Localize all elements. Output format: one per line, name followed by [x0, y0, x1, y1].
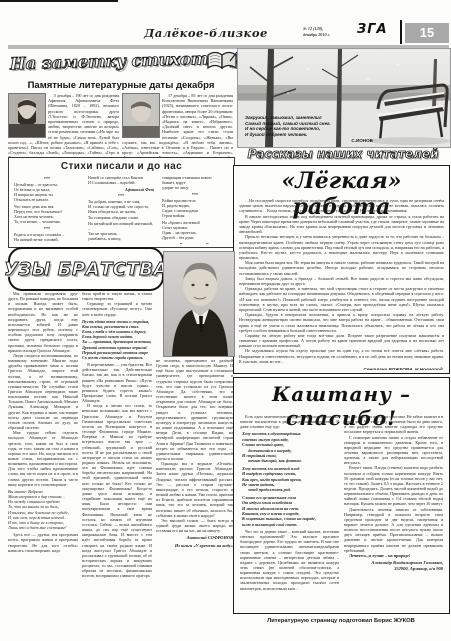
stanza: Родись я в кущах соловьём – На шаткой ве… [14, 232, 80, 242]
paragraph: Что это за дерево такое – конский каштан… [240, 529, 339, 591]
stanza: Война просвистела И, рядом видна, Сидят … [162, 198, 228, 218]
poem-signature: Константин Ваншенкин [162, 242, 228, 244]
stanza: Что такое день иль век Перед тем, что бе… [14, 204, 80, 224]
uzy-title: УЗЫ БРАТСТВА [4, 259, 168, 280]
separator: *** [88, 193, 154, 198]
stanza: Целый мир – от красоты, От велика и до м… [14, 182, 80, 202]
newspaper-page: Далёкое-близкое № 12 (128), декабрь 2010… [0, 0, 451, 641]
paragraph: не человека, приехавшего из далёкой Груз… [156, 358, 233, 461]
paragraph: Мне трудно сейчас отделить молодого Абаш… [8, 430, 78, 487]
separator: *** [14, 176, 80, 181]
article-signature: Светлана РОЖКОВА, Н.Новгород. [239, 367, 444, 371]
chestnut-column-right: тан для лечения проблем с ногами. Не заб… [344, 414, 443, 609]
paragraph: Однажды мы в журнале «Огонёк» напечатали… [156, 461, 233, 518]
paragraph: Мы привыкли поздравлять друг друга. По р… [8, 291, 78, 353]
verse-block: Пусть едина твоя жизнь и стройка, Как се… [82, 319, 152, 360]
vanshenkin-portrait-photo [122, 93, 160, 138]
abashidze-portrait-photo [163, 251, 235, 357]
paragraph: И когда я читаю его стихи, то невольно в… [82, 403, 152, 578]
paragraph: Однажды, будучи в интересном положении, … [239, 312, 444, 333]
paragraph: тан для лечения проблем с ногами. Не заб… [344, 414, 443, 435]
paragraph: Прошло несколько месяцев, и у меня появи… [239, 234, 444, 260]
article-signature: Александр Владимирович Головкин, 352900,… [344, 560, 443, 571]
easy-work-body: …На последней скорости пронёсся подъёмны… [239, 198, 444, 370]
stories-band-title: Рассказы наших читателей [237, 147, 449, 161]
paragraph: Рецепт таков. Плоды (семена) каштана над… [344, 465, 443, 506]
fet-portrait-photo [8, 93, 46, 138]
issue-date: декабрь 2010 г. [303, 32, 357, 38]
photo-caption: Закружил, завьюжил, заметелил Самый перв… [245, 115, 373, 144]
note-subtitle: Памятные литературные даты декабря [8, 80, 234, 91]
poem-signature: Афанасий Фет [88, 187, 154, 192]
paragraph: Это высокий талант — быть всегда в едино… [156, 518, 233, 533]
verse-block: Хочу воспеть его колючий плод И твёрдую … [242, 466, 339, 493]
newspaper-logo: ЗГА [357, 22, 388, 37]
paragraph: Люди сходятся воспоминаниями, по взаимно… [8, 353, 78, 430]
chestnut-column-left: Есть одно замечательное дерево, прославл… [240, 414, 339, 609]
poems-column-1: *** Целый мир – от красоты, От велика и … [14, 175, 80, 244]
poems-box: Стихи писали и до нас *** Целый мир – от… [8, 157, 235, 248]
verse-block: Вы мните: Вейрано Мною направлен в дар с… [8, 489, 78, 530]
paragraph: было пройти и такую жизнь, и этапы таког… [82, 291, 152, 301]
caption-author: С.ИОНОВ [245, 138, 373, 144]
page-footer-credit: Литературную страницу подготовил Борис Ж… [233, 618, 449, 624]
stanza: На «броне» железной Стоят мужики. Один –… [162, 220, 228, 240]
easy-work-box: «Лёгкая» работа …На последней скорости п… [233, 165, 450, 374]
winter-photo: Закружил, завьюжил, заметелил Самый перв… [237, 48, 451, 148]
stanza: Но китайской пословицей мятежной, – Так … [88, 221, 154, 241]
caption-verse: Закружил, завьюжил, заметелил Самый перв… [245, 115, 373, 138]
verse-block: Хочу воспеть в одухотворённых сонетах ми… [242, 431, 339, 463]
uzy-column-2: было пройти и такую жизнь, и этапы таког… [82, 291, 152, 615]
uzy-column-3: не человека, приехавшего из далёкой Груз… [156, 358, 233, 615]
paragraph: Завод был вторым домом, а бригада – боль… [239, 276, 444, 286]
stanza: Ты добрая, конечно, а не злая, И, только… [88, 199, 154, 219]
top-rule [0, 0, 118, 2]
paragraph: Длительность лечения зависит от заболева… [344, 507, 443, 553]
signature-source: Из книги «У времени на виду» [156, 543, 233, 549]
paragraph: …На последней скорости пронёсся подъёмны… [239, 198, 444, 214]
poems-title: Стихи писали и до нас [9, 161, 234, 172]
paragraph: Однажды, работая на кране, я заметила, ч… [239, 286, 444, 312]
paragraph: Здесь всё — друзья, вся программа поэта,… [8, 532, 78, 553]
poems-column-2: Новей со снегирём стал Кантов И Соломоно… [88, 175, 154, 244]
paragraph: Не задумываясь отдала бы отделу прошлые … [239, 348, 444, 364]
stanza: Новей со снегирём стал Кантов И Соломоно… [88, 175, 154, 185]
uzy-title-box: УЗЫ БРАТСТВА [8, 247, 164, 291]
paragraph: Справку на лёгкую работу мне тогда всё-т… [239, 333, 444, 349]
paragraph: Есть одно замечательное дерево, прославл… [240, 414, 339, 429]
paragraph: Страницу за страницей я читаю стихотворе… [82, 301, 152, 316]
poems-column-3: товарищам отличным вовсю бывает, вдруг у… [162, 175, 228, 244]
open-book-icon [206, 49, 240, 71]
verse-block: Словно его целительная сила От недуга ме… [242, 495, 339, 527]
vanshenkin-article: 17 декабря – 85 лет со дня рождения Конс… [122, 93, 233, 157]
paragraph: Моя смена была видна вся. Не теряя ни ми… [239, 260, 444, 276]
paragraph: Я перечитываю — узы братства. Всё действ… [82, 362, 152, 403]
chestnut-box: Каштану – спасибо! Есть одно замечательн… [233, 377, 450, 614]
paragraph: В начале шестидесятых годов под наблюден… [239, 214, 444, 235]
separator: *** [14, 226, 80, 231]
closing-line: Лечитесь, и лучше – на природе! [344, 553, 443, 558]
stanza: товарищам отличным вовсю бывает, вдруг у… [162, 175, 228, 190]
section-masthead: Далёкое-близкое [120, 26, 292, 40]
header-divider [400, 20, 402, 44]
uzy-column-1: Мы привыкли поздравлять друг друга. По р… [8, 291, 78, 615]
separator: *** [162, 192, 228, 197]
paragraph: С помощью каштана лично я создал избавле… [344, 435, 443, 466]
article-signature: Анатолий СОФРОНОВ [156, 535, 233, 541]
fet-article: 5 декабря – 190 лет со дня рождения Афан… [8, 93, 119, 157]
page-number: 15 [405, 23, 449, 43]
issue-info: № 12 (128), декабрь 2010 г. [303, 26, 357, 37]
